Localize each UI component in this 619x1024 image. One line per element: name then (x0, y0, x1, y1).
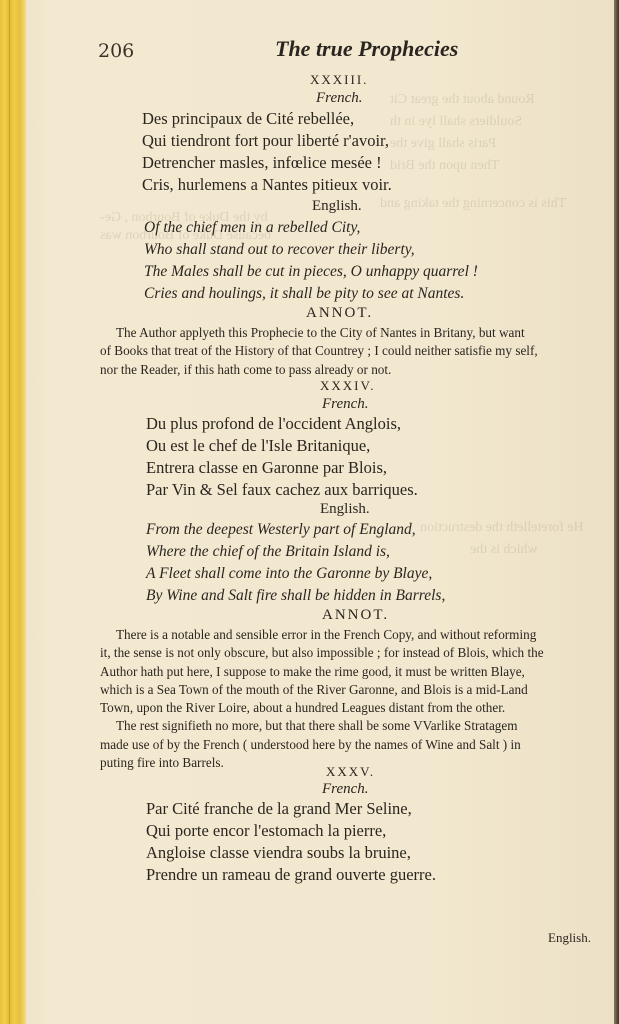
verse-line: Qui porte encor l'estomach la pierre, (146, 820, 436, 842)
annotation-heading: ANNOT. (306, 305, 373, 322)
annotation-line: which is a Sea Town of the mouth of the … (100, 681, 544, 699)
verse-line: The Males shall be cut in pieces, O unha… (144, 261, 478, 283)
english-verse: From the deepest Westerly part of Englan… (146, 519, 445, 607)
annotation-line: Author hath put here, I suppose to make … (100, 663, 544, 681)
verse-line: Where the chief of the Britain Island is… (146, 541, 445, 563)
verse-line: Qui tiendront fort pour liberté r'avoir, (142, 130, 392, 152)
annotation-line: The rest signifieth no more, but that th… (100, 717, 544, 735)
show-through-text: Souldiers shall lye in th (390, 114, 522, 130)
quatrain-number: XXXV. (326, 764, 375, 780)
verse-line: A Fleet shall come into the Garonne by B… (146, 563, 445, 585)
show-through-text: Paris shall give the (390, 136, 496, 152)
french-label: French. (316, 90, 363, 107)
verse-line: Of the chief men in a rebelled City, (144, 217, 478, 239)
verse-line: Par Vin & Sel faux cachez aux barriques. (146, 479, 418, 501)
verse-line: Angloise classe viendra soubs la bruine, (146, 842, 436, 864)
verse-line: Ou est le chef de l'Isle Britanique, (146, 435, 418, 457)
annotation-line: puting fire into Barrels. (100, 754, 544, 772)
french-label: French. (322, 396, 369, 413)
show-through-text: This is concerning the taking and (380, 196, 566, 212)
verse-line: Du plus profond de l'occident Anglois, (146, 413, 418, 435)
french-label: French. (322, 781, 369, 798)
verse-line: Par Cité franche de la grand Mer Seline, (146, 798, 436, 820)
verse-line: By Wine and Salt fire shall be hidden in… (146, 585, 445, 607)
annotation-line: made use of by the French ( understood h… (100, 736, 544, 754)
book-page: Round about the great Cit Souldiers shal… (0, 0, 619, 1024)
binding-shadow (614, 0, 619, 1024)
quatrain-number: XXXIII. (310, 72, 368, 88)
english-verse: Of the chief men in a rebelled City, Who… (144, 217, 478, 305)
french-verse: Du plus profond de l'occident Anglois, O… (146, 413, 418, 501)
verse-line: Detrencher masles, infœlice mesée ! (142, 152, 392, 174)
catchword: English. (548, 930, 591, 946)
french-verse: Par Cité franche de la grand Mer Seline,… (146, 798, 436, 886)
verse-line: Prendre un rameau de grand ouverte guerr… (146, 864, 436, 886)
gilded-page-edge (0, 0, 26, 1024)
verse-line: Des principaux de Cité rebellée, (142, 108, 392, 130)
verse-line: Entrera classe en Garonne par Blois, (146, 457, 418, 479)
verse-line: Who shall stand out to recover their lib… (144, 239, 478, 261)
annotation-line: it, the sense is not only obscure, but a… (100, 644, 544, 662)
verse-line: From the deepest Westerly part of Englan… (146, 519, 445, 541)
running-title: The true Prophecies (275, 36, 458, 62)
show-through-text: which is the (470, 542, 538, 558)
annotation-line: There is a notable and sensible error in… (100, 626, 544, 644)
french-verse: Des principaux de Cité rebellée, Qui tie… (142, 108, 392, 196)
show-through-text: Then upon the Brid (390, 158, 499, 174)
show-through-text: Round about the great Cit (390, 92, 535, 108)
verse-line: Cris, hurlemens a Nantes pitieux voir. (142, 174, 392, 196)
verse-line: Cries and houlings, it shall be pity to … (144, 283, 478, 305)
annotation-line: nor the Reader, if this hath come to pas… (100, 361, 538, 379)
annotation-line: Town, upon the River Loire, about a hund… (100, 699, 544, 717)
annotation-heading: ANNOT. (322, 607, 389, 624)
english-label: English. (312, 198, 362, 215)
annotation-text: The Author applyeth this Prophecie to th… (100, 324, 538, 379)
annotation-line: of Books that treat of the History of th… (100, 342, 538, 360)
page-number: 206 (98, 40, 134, 62)
annotation-line: The Author applyeth this Prophecie to th… (100, 324, 538, 342)
quatrain-number: XXXIV. (320, 378, 375, 394)
english-label: English. (320, 501, 370, 518)
annotation-text: There is a notable and sensible error in… (100, 626, 544, 772)
